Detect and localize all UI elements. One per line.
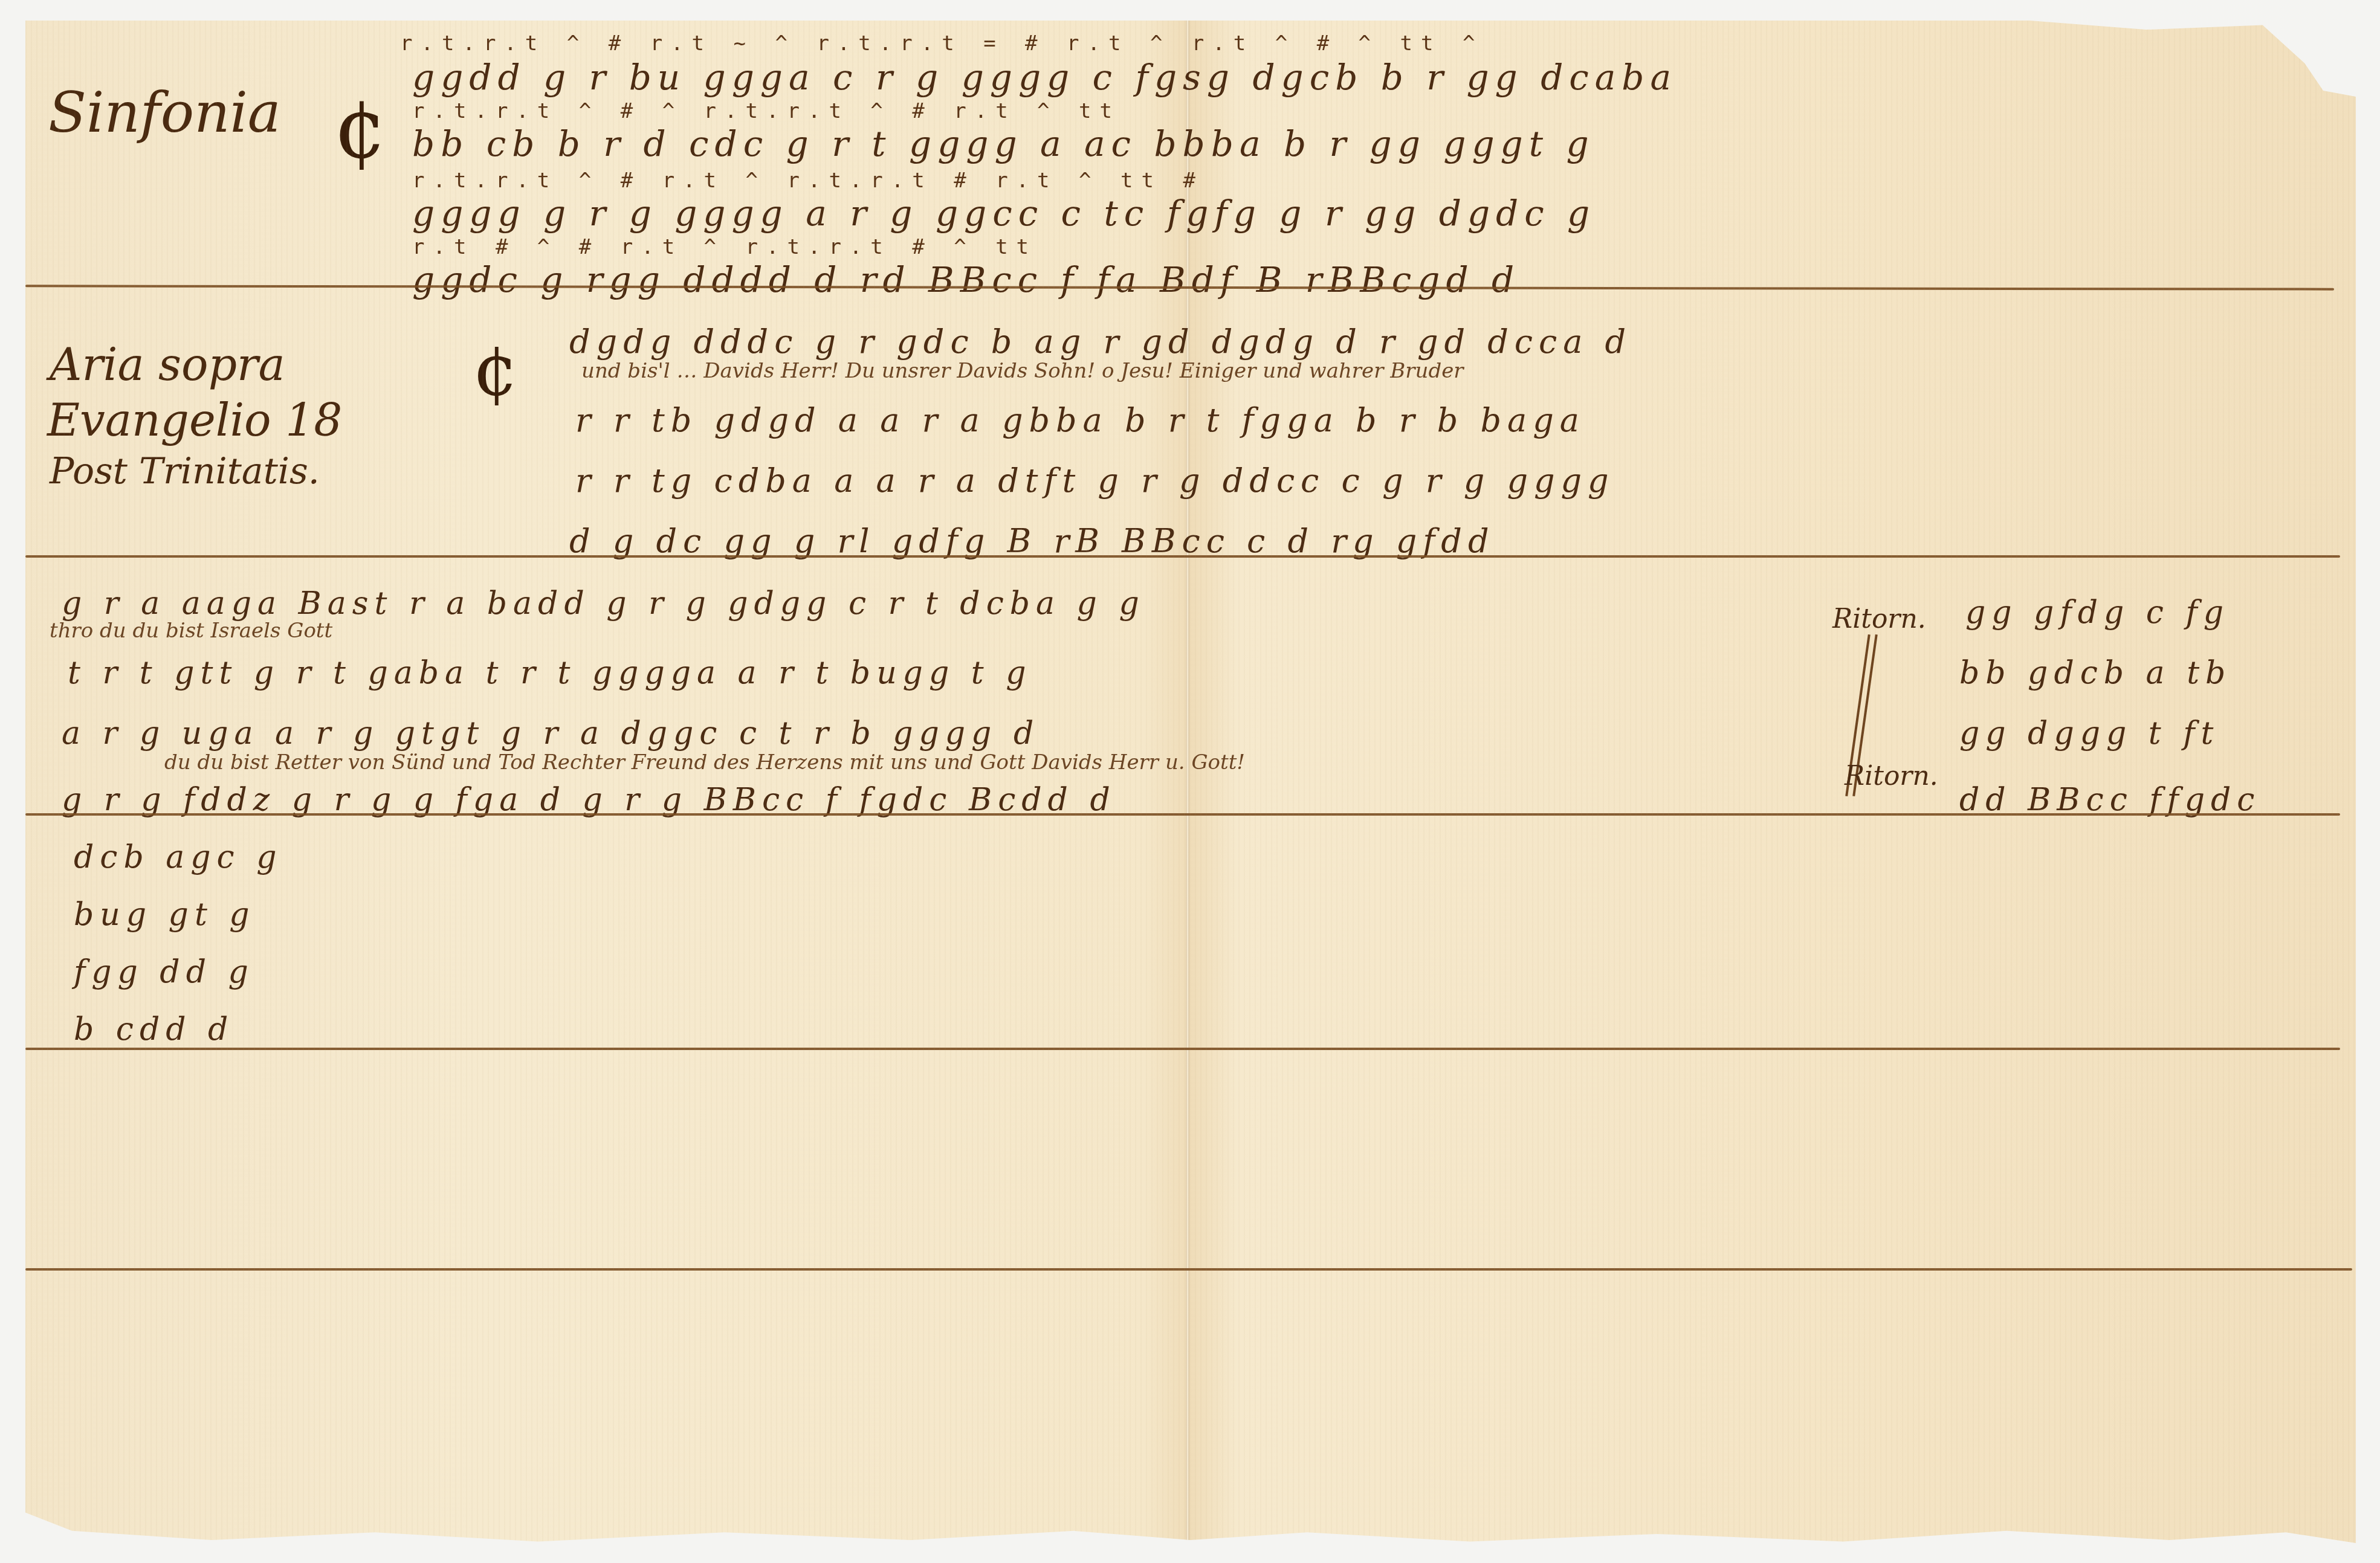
tab-rhythm-row: r.t.r.t ^ # r.t ^ r.t.r.t # r.t ^ tt # (412, 169, 1204, 193)
tab-note-row: gg gfdg c fg (1965, 595, 2230, 631)
lyric-line: du du bist Retter von Sünd und Tod Recht… (164, 750, 1245, 775)
tab-rhythm-row: r.t # ^ # r.t ^ r.t.r.t # ^ tt (412, 235, 1037, 259)
system-rule (25, 1048, 2340, 1050)
tab-note-row: g r g fddz g r g g fga d g r g BBcc f fg… (62, 782, 1116, 818)
tab-note-row: dgdg dddc g r gdc b ag r gd dgdg d r gd … (569, 323, 1632, 361)
mensuration-sign-aria: ¢ (473, 335, 519, 407)
tab-note-row: dd BBcc ffgdc (1959, 782, 2261, 818)
tab-note-row: r r tb gdgd a a r a gbba b r t fgga b r … (575, 401, 1585, 439)
mensuration-sign-sinfonia: ¢ (334, 87, 387, 172)
tab-note-row: gggg g r g gggg a r g ggcc c tc fgfg g r… (412, 193, 1596, 234)
tab-note-row: ggdd g r bu ggga c r g gggg c fgsg dgcb … (412, 57, 1677, 98)
tab-note-row: dcb agc g (74, 839, 282, 875)
system-rule (25, 813, 2340, 816)
empty-system-rule (25, 1268, 2352, 1271)
system-rule (25, 555, 2340, 558)
ritornello-marker: Ritorn. (1832, 604, 1926, 634)
aria-title-line-1: Aria sopra (50, 340, 285, 391)
tab-note-row: bb cb b r d cdc g r t gggg a ac bbba b r… (412, 123, 1595, 164)
tab-note-row: ggdc g rgg dddd d rd BBcc f fa Bdf B rBB… (412, 259, 1520, 300)
tab-note-row: r r tg cdba a a r a dtft g r g ddcc c g … (575, 462, 1615, 500)
tab-rhythm-row: r.t.r.t ^ # r.t ~ ^ r.t.r.t = # r.t ^ r.… (400, 31, 1483, 56)
tab-note-row: gg dggg t ft (1959, 715, 2219, 752)
tab-note-row: t r t gtt g r t gaba t r t gggga a r t b… (68, 655, 1032, 691)
aria-title-line-3: Post Trinitatis. (50, 451, 320, 492)
tab-note-row: a r g uga a r g gtgt g r a dggc c t r b … (62, 715, 1040, 752)
ritornello-marker: Ritorn. (1845, 761, 1938, 791)
tab-note-row: fgg dd g (74, 954, 254, 990)
tab-note-row: d g dc gg g rl gdfg B rB BBcc c d rg gfd… (569, 522, 1495, 560)
tab-rhythm-row: r.t.r.t ^ # ^ r.t.r.t ^ # r.t ^ tt (412, 99, 1120, 123)
aria-title-line-2: Evangelio 18 (47, 395, 342, 446)
lyric-line: und bis'l … Davids Herr! Du unsrer David… (581, 359, 1464, 383)
tab-note-row: g r a aaga Bast r a badd g r g gdgg c r … (62, 585, 1145, 622)
tab-note-row: bb gdcb a tb (1959, 655, 2231, 691)
tab-note-row: bug gt g (74, 897, 256, 933)
manuscript-page: Sinfonia ¢ r.t.r.t ^ # r.t ~ ^ r.t.r.t =… (25, 21, 2356, 1543)
lyric-line: thro du du bist Israels Gott (50, 619, 332, 643)
tab-note-row: b cdd d (74, 1011, 234, 1048)
sinfonia-title: Sinfonia (48, 81, 281, 145)
center-fold (1186, 21, 1189, 1543)
